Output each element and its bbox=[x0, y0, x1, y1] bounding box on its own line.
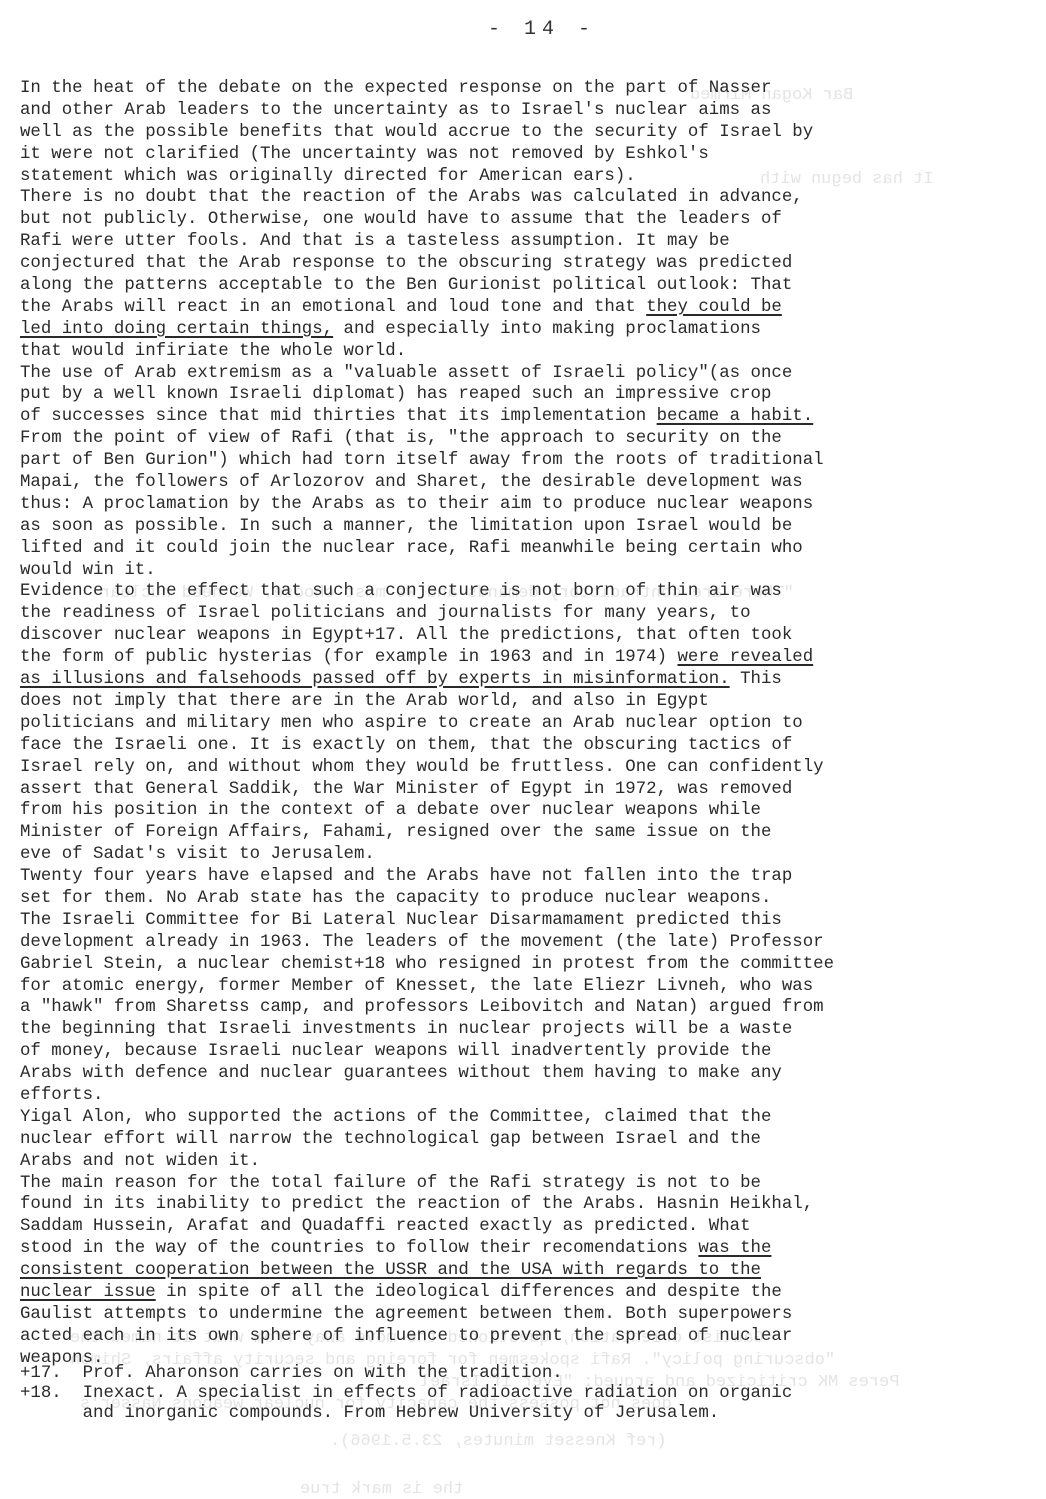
text-segment: part of Ben Gurion") which had torn itse… bbox=[20, 451, 824, 470]
text-segment: The Israeli Committee for Bi Lateral Nuc… bbox=[20, 911, 782, 930]
text-line: set for them. No Arab state has the capa… bbox=[20, 888, 1040, 910]
footnote-text: and inorganic compounds. From Hebrew Uni… bbox=[83, 1404, 720, 1423]
text-line: would win it. bbox=[20, 560, 1040, 582]
text-segment: development already in 1963. The leaders… bbox=[20, 933, 824, 952]
text-line: of money, because Israeli nuclear weapon… bbox=[20, 1041, 1040, 1063]
text-segment: of money, because Israeli nuclear weapon… bbox=[20, 1042, 771, 1061]
text-line: Gaulist attempts to undermine the agreem… bbox=[20, 1304, 1040, 1326]
text-segment: eve of Sadat's visit to Jerusalem. bbox=[20, 845, 375, 864]
text-line: well as the possible benefits that would… bbox=[20, 122, 1040, 144]
text-segment: assert that General Saddik, the War Mini… bbox=[20, 780, 792, 799]
text-line: Minister of Foreign Affairs, Fahami, res… bbox=[20, 822, 1040, 844]
text-segment: statement which was originally directed … bbox=[20, 167, 636, 186]
footnotes: +17. Prof. Aharonson carries on with the… bbox=[20, 1364, 1040, 1424]
text-line: and other Arab leaders to the uncertaint… bbox=[20, 100, 1040, 122]
footnote-18: +18. Inexact. A specialist in effects of… bbox=[20, 1384, 1040, 1404]
text-line: thus: A proclamation by the Arabs as to … bbox=[20, 494, 1040, 516]
underlined-phrase: nuclear issue bbox=[20, 1283, 156, 1302]
underlined-phrase: led into doing certain things, bbox=[20, 320, 333, 339]
text-segment: Minister of Foreign Affairs, Fahami, res… bbox=[20, 823, 771, 842]
footnote-17: +17. Prof. Aharonson carries on with the… bbox=[20, 1364, 1040, 1384]
footnote-text: Prof. Aharonson carries on with the trad… bbox=[83, 1364, 563, 1383]
text-line: led into doing certain things, and espec… bbox=[20, 319, 1040, 341]
text-segment: conjectured that the Arab response to th… bbox=[20, 254, 792, 273]
text-line: nuclear effort will narrow the technolog… bbox=[20, 1129, 1040, 1151]
text-line: Twenty four years have elapsed and the A… bbox=[20, 866, 1040, 888]
text-line: acted each in its own sphere of influenc… bbox=[20, 1326, 1040, 1348]
text-line: Israel rely on, and without whom they wo… bbox=[20, 757, 1040, 779]
text-line: as soon as possible. In such a manner, t… bbox=[20, 516, 1040, 538]
text-line: face the Israeli one. It is exactly on t… bbox=[20, 735, 1040, 757]
text-line: From the point of view of Rafi (that is,… bbox=[20, 428, 1040, 450]
text-line: nuclear issue in spite of all the ideolo… bbox=[20, 1282, 1040, 1304]
text-line: it were not clarified (The uncertainty w… bbox=[20, 144, 1040, 166]
text-line: from his position in the context of a de… bbox=[20, 800, 1040, 822]
bleed-through-text: the is mark true bbox=[300, 1480, 463, 1499]
text-segment: as soon as possible. In such a manner, t… bbox=[20, 517, 792, 536]
text-line: the form of public hysterias (for exampl… bbox=[20, 647, 1040, 669]
text-segment: Saddam Hussein, Arafat and Quadaffi reac… bbox=[20, 1217, 751, 1236]
text-segment: that would infiriate the whole world. bbox=[20, 342, 406, 361]
text-line: conjectured that the Arab response to th… bbox=[20, 253, 1040, 275]
text-line: the Arabs will react in an emotional and… bbox=[20, 297, 1040, 319]
text-line: Mapai, the followers of Arlozorov and Sh… bbox=[20, 472, 1040, 494]
text-segment: politicians and military men who aspire … bbox=[20, 714, 803, 733]
text-segment: does not imply that there are in the Ara… bbox=[20, 692, 709, 711]
text-segment: the Arabs will react in an emotional and… bbox=[20, 298, 646, 317]
text-line: a "hawk" from Sharetss camp, and profess… bbox=[20, 997, 1040, 1019]
document-body: In the heat of the debate on the expecte… bbox=[20, 78, 1040, 1370]
text-segment: Gaulist attempts to undermine the agreem… bbox=[20, 1305, 792, 1324]
text-segment: set for them. No Arab state has the capa… bbox=[20, 889, 771, 908]
text-segment: discover nuclear weapons in Egypt+17. Al… bbox=[20, 626, 792, 645]
text-line: part of Ben Gurion") which had torn itse… bbox=[20, 450, 1040, 472]
text-segment: stood in the way of the countries to fol… bbox=[20, 1239, 698, 1258]
text-segment: well as the possible benefits that would… bbox=[20, 123, 813, 142]
text-segment: Rafi were utter fools. And that is a tas… bbox=[20, 232, 730, 251]
text-segment: and especially into making proclamations bbox=[333, 320, 761, 339]
text-segment: for atomic energy, former Member of Knes… bbox=[20, 977, 813, 996]
text-line: along the patterns acceptable to the Ben… bbox=[20, 275, 1040, 297]
footnote-marker bbox=[20, 1404, 83, 1423]
text-line: politicians and military men who aspire … bbox=[20, 713, 1040, 735]
text-line: the readiness of Israel politicians and … bbox=[20, 603, 1040, 625]
text-segment: efforts. bbox=[20, 1086, 104, 1105]
text-segment: Gabriel Stein, a nuclear chemist+18 who … bbox=[20, 955, 834, 974]
text-segment: along the patterns acceptable to the Ben… bbox=[20, 276, 792, 295]
underlined-phrase: as illusions and falsehoods passed off b… bbox=[20, 670, 730, 689]
text-line: statement which was originally directed … bbox=[20, 166, 1040, 188]
text-segment: Israel rely on, and without whom they wo… bbox=[20, 758, 824, 777]
text-line: Yigal Alon, who supported the actions of… bbox=[20, 1107, 1040, 1129]
text-segment: a "hawk" from Sharetss camp, and profess… bbox=[20, 998, 824, 1017]
underlined-phrase: were revealed bbox=[677, 648, 813, 667]
text-segment: In the heat of the debate on the expecte… bbox=[20, 79, 771, 98]
text-line: Evidence to the effect that such a conje… bbox=[20, 581, 1040, 603]
text-line: Saddam Hussein, Arafat and Quadaffi reac… bbox=[20, 1216, 1040, 1238]
underlined-phrase: they could be bbox=[646, 298, 782, 317]
underlined-phrase: consistent cooperation between the USSR … bbox=[20, 1261, 761, 1280]
text-line: of successes since that mid thirties tha… bbox=[20, 406, 1040, 428]
text-line: put by a well known Israeli diplomat) ha… bbox=[20, 384, 1040, 406]
text-line: development already in 1963. The leaders… bbox=[20, 932, 1040, 954]
text-segment: Mapai, the followers of Arlozorov and Sh… bbox=[20, 473, 803, 492]
text-segment: Evidence to the effect that such a conje… bbox=[20, 582, 782, 601]
text-line: that would infiriate the whole world. bbox=[20, 341, 1040, 363]
text-line: consistent cooperation between the USSR … bbox=[20, 1260, 1040, 1282]
text-line: lifted and it could join the nuclear rac… bbox=[20, 538, 1040, 560]
text-line: Gabriel Stein, a nuclear chemist+18 who … bbox=[20, 954, 1040, 976]
page-number: - 14 - bbox=[488, 18, 596, 41]
text-line: Arabs with defence and nuclear guarantee… bbox=[20, 1063, 1040, 1085]
text-segment: acted each in its own sphere of influenc… bbox=[20, 1327, 792, 1346]
text-segment: This bbox=[730, 670, 782, 689]
text-segment: nuclear effort will narrow the technolog… bbox=[20, 1130, 761, 1149]
underlined-phrase: was the bbox=[698, 1239, 771, 1258]
text-segment: The use of Arab extremism as a "valuable… bbox=[20, 364, 792, 383]
text-line: Rafi were utter fools. And that is a tas… bbox=[20, 231, 1040, 253]
text-segment: The main reason for the total failure of… bbox=[20, 1174, 761, 1193]
footnote-marker: +17. bbox=[20, 1364, 83, 1383]
text-segment: in spite of all the ideological differen… bbox=[156, 1283, 782, 1302]
text-segment: Twenty four years have elapsed and the A… bbox=[20, 867, 792, 886]
text-line: found in its inability to predict the re… bbox=[20, 1194, 1040, 1216]
text-line: The main reason for the total failure of… bbox=[20, 1173, 1040, 1195]
text-segment: would win it. bbox=[20, 561, 156, 580]
text-segment: thus: A proclamation by the Arabs as to … bbox=[20, 495, 813, 514]
bleed-through-text: (ref Knesset minutes, 23.5.1966). bbox=[330, 1432, 667, 1451]
text-segment: found in its inability to predict the re… bbox=[20, 1195, 813, 1214]
text-segment: but not publicly. Otherwise, one would h… bbox=[20, 210, 782, 229]
text-line: for atomic energy, former Member of Knes… bbox=[20, 976, 1040, 998]
underlined-phrase: became a habit. bbox=[657, 407, 814, 426]
text-line: efforts. bbox=[20, 1085, 1040, 1107]
text-line: There is no doubt that the reaction of t… bbox=[20, 187, 1040, 209]
text-segment: the beginning that Israeli investments i… bbox=[20, 1020, 792, 1039]
text-line: The Israeli Committee for Bi Lateral Nuc… bbox=[20, 910, 1040, 932]
text-line: the beginning that Israeli investments i… bbox=[20, 1019, 1040, 1041]
text-line: discover nuclear weapons in Egypt+17. Al… bbox=[20, 625, 1040, 647]
text-segment: put by a well known Israeli diplomat) ha… bbox=[20, 385, 771, 404]
text-segment: From the point of view of Rafi (that is,… bbox=[20, 429, 782, 448]
text-segment: Arabs and not widen it. bbox=[20, 1152, 260, 1171]
footnote-text: Inexact. A specialist in effects of radi… bbox=[83, 1384, 793, 1403]
text-line: stood in the way of the countries to fol… bbox=[20, 1238, 1040, 1260]
text-line: assert that General Saddik, the War Mini… bbox=[20, 779, 1040, 801]
footnote-18: and inorganic compounds. From Hebrew Uni… bbox=[20, 1404, 1040, 1424]
text-segment: Yigal Alon, who supported the actions of… bbox=[20, 1108, 771, 1127]
text-line: does not imply that there are in the Ara… bbox=[20, 691, 1040, 713]
text-segment: There is no doubt that the reaction of t… bbox=[20, 188, 803, 207]
text-segment: the form of public hysterias (for exampl… bbox=[20, 648, 677, 667]
text-segment: from his position in the context of a de… bbox=[20, 801, 761, 820]
text-segment: Arabs with defence and nuclear guarantee… bbox=[20, 1064, 782, 1083]
text-segment: lifted and it could join the nuclear rac… bbox=[20, 539, 803, 558]
text-segment: the readiness of Israel politicians and … bbox=[20, 604, 751, 623]
text-segment: of successes since that mid thirties tha… bbox=[20, 407, 657, 426]
text-segment: and other Arab leaders to the uncertaint… bbox=[20, 101, 771, 120]
footnote-marker: +18. bbox=[20, 1384, 83, 1403]
text-line: as illusions and falsehoods passed off b… bbox=[20, 669, 1040, 691]
text-segment: face the Israeli one. It is exactly on t… bbox=[20, 736, 792, 755]
text-line: In the heat of the debate on the expecte… bbox=[20, 78, 1040, 100]
text-line: but not publicly. Otherwise, one would h… bbox=[20, 209, 1040, 231]
text-line: The use of Arab extremism as a "valuable… bbox=[20, 363, 1040, 385]
text-line: Arabs and not widen it. bbox=[20, 1151, 1040, 1173]
text-line: eve of Sadat's visit to Jerusalem. bbox=[20, 844, 1040, 866]
text-segment: it were not clarified (The uncertainty w… bbox=[20, 145, 709, 164]
